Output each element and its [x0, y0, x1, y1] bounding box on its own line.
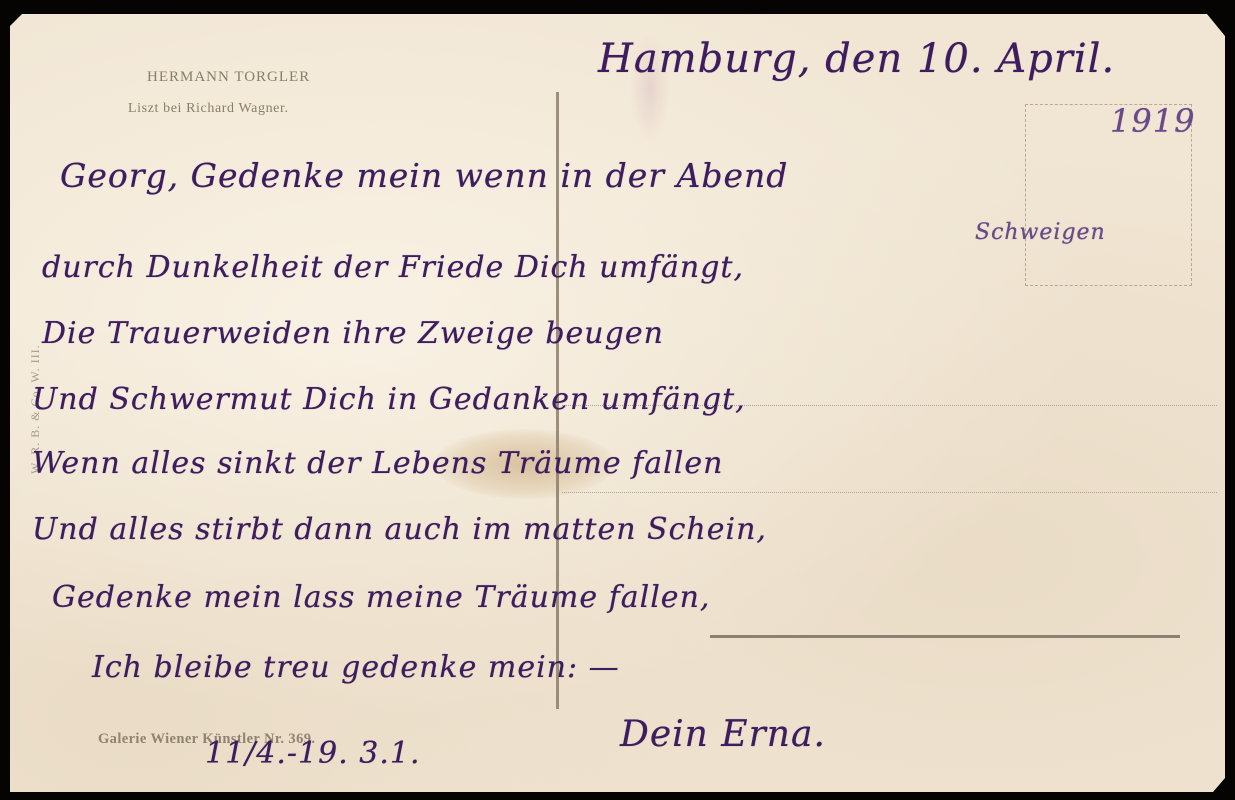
bottom-note: 11/4.-19. 3.1. — [205, 736, 421, 771]
year: 1919 — [1110, 102, 1195, 140]
letter-line-5: Wenn alles sinkt der Lebens Träume falle… — [32, 446, 723, 481]
letter-line-1: Georg, Gedenke mein wenn in der Abend — [60, 156, 788, 195]
letter-line-7: Gedenke mein lass meine Träume fallen, — [52, 580, 710, 615]
artist-name: HERMANN TORGLER — [147, 69, 310, 86]
postcard-back: HERMANN TORGLER Liszt bei Richard Wagner… — [10, 14, 1225, 792]
artwork-title: Liszt bei Richard Wagner. — [128, 101, 289, 117]
letter-line-4: Und Schwermut Dich in Gedanken umfängt, — [32, 382, 746, 417]
address-line-2 — [562, 492, 1217, 493]
letter-line-3: Die Trauerweiden ihre Zweige beugen — [42, 316, 664, 351]
address-line-3 — [710, 635, 1180, 638]
letter-line-8: Ich bleibe treu gedenke mein: — — [92, 650, 620, 685]
letter-line-6: Und alles stirbt dann auch im matten Sch… — [32, 512, 767, 547]
signature: Dein Erna. — [620, 714, 826, 755]
letter-line-2: durch Dunkelheit der Friede Dich umfängt… — [42, 250, 744, 285]
insert-word: Schweigen — [975, 220, 1106, 245]
place-date: Hamburg, den 10. April. — [598, 36, 1115, 82]
